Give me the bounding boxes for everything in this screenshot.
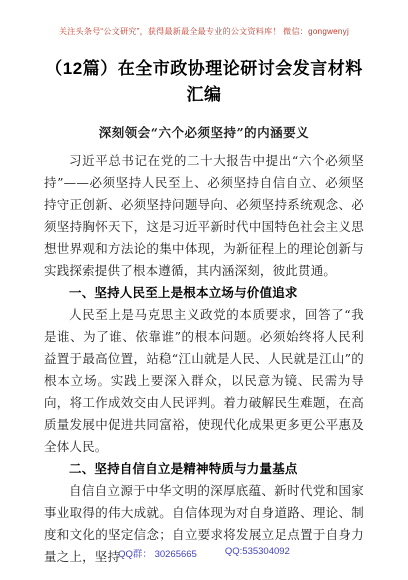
qq-group-contact: QQ群： 30265665	[118, 546, 197, 560]
article-subtitle: 深刻领会“六个必须坚持”的内涵要义	[0, 123, 408, 141]
qq-group-label: QQ群：	[118, 549, 152, 560]
footer-contact: QQ群： 30265665 QQ:535304092	[0, 546, 408, 560]
document-title: （12篇）在全市政协理论研讨会发言材料汇编	[42, 56, 366, 108]
paragraph-section-1: 人民至上是马克思主义政党的本质要求，回答了“我是谁、为了谁、依靠谁”的根本问题。…	[44, 304, 364, 458]
document-page: 关注头条号“公文研究”，获得最新最全最专业的公文资料库！ 微信：gongweny…	[0, 0, 408, 580]
qq-group-number: 30265665	[155, 549, 197, 560]
section-heading-2: 二、坚持自信自立是精神特质与力量基点	[44, 458, 364, 480]
paragraph-intro: 习近平总书记在党的二十大报告中提出“六个必须坚持”——必须坚持人民至上、必须坚持…	[44, 150, 364, 282]
qq-contact: QQ:535304092	[225, 546, 290, 560]
section-heading-1: 一、坚持人民至上是根本立场与价值追求	[44, 282, 364, 304]
header-notice: 关注头条号“公文研究”，获得最新最全最专业的公文资料库！ 微信：gongweny…	[0, 26, 408, 37]
qq-label: QQ:	[225, 546, 242, 557]
qq-number: 535304092	[242, 546, 290, 557]
document-body: 习近平总书记在党的二十大报告中提出“六个必须坚持”——必须坚持人民至上、必须坚持…	[44, 150, 364, 568]
